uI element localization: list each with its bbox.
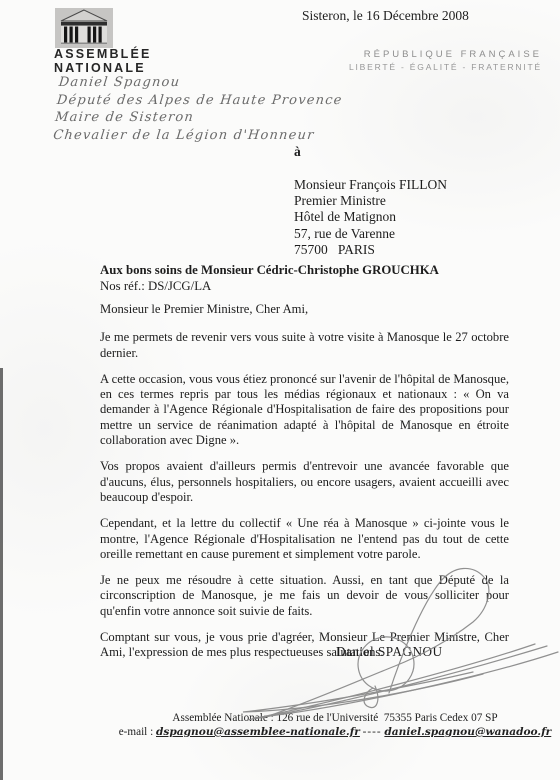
reference-line: Nos réf.: DS/JCG/LA	[100, 279, 211, 294]
handwritten-title-chevalier: Chevalier de la Légion d'Honneur	[52, 127, 340, 145]
recipient-city: 75700 PARIS	[294, 242, 447, 258]
handwritten-signature-icon	[225, 552, 560, 737]
letter-paragraph: Je me permets de revenir vers vous suite…	[100, 330, 509, 361]
republique-francaise-motto: RÉPUBLIQUE FRANÇAISE LIBERTÉ - ÉGALITÉ -…	[349, 49, 542, 72]
institution-line1: ASSEMBLÉE	[54, 47, 152, 61]
recipient-name: Monsieur François FILLON	[294, 177, 447, 193]
institution-line2: NATIONALE	[54, 61, 152, 75]
recipient-street: 57, rue de Varenne	[294, 226, 447, 242]
recipient-title: Premier Ministre	[294, 193, 447, 209]
recipient-intro: à	[294, 144, 301, 160]
handwritten-title-maire: Maire de Sisteron	[54, 109, 342, 127]
care-of-line: Aux bons soins de Monsieur Cédric-Christ…	[100, 263, 439, 278]
email-label: e-mail :	[119, 726, 153, 738]
letter-paragraph: A cette occasion, vous vous étiez pronon…	[100, 372, 509, 448]
handwritten-titles: Daniel Spagnou Député des Alpes de Haute…	[52, 74, 345, 144]
motto-line1: RÉPUBLIQUE FRANÇAISE	[349, 49, 542, 60]
scan-edge-artifact	[0, 368, 3, 780]
motto-line2: LIBERTÉ - ÉGALITÉ - FRATERNITÉ	[349, 62, 542, 72]
institution-name: ASSEMBLÉE NATIONALE	[54, 47, 152, 75]
dateline: Sisteron, le 16 Décembre 2008	[302, 8, 469, 24]
recipient-building: Hôtel de Matignon	[294, 209, 447, 225]
letter-paragraph: Vos propos avaient d'ailleurs permis d'e…	[100, 459, 509, 505]
scanned-letter-page: ASSEMBLÉE NATIONALE Daniel Spagnou Déput…	[0, 0, 560, 780]
handwritten-name: Daniel Spagnou	[58, 74, 346, 92]
assemblee-nationale-logo-icon	[55, 8, 113, 48]
recipient-address: Monsieur François FILLON Premier Ministr…	[294, 177, 447, 258]
handwritten-title-depute: Député des Alpes de Haute Provence	[56, 92, 344, 110]
salutation: Monsieur le Premier Ministre, Cher Ami,	[100, 302, 509, 317]
